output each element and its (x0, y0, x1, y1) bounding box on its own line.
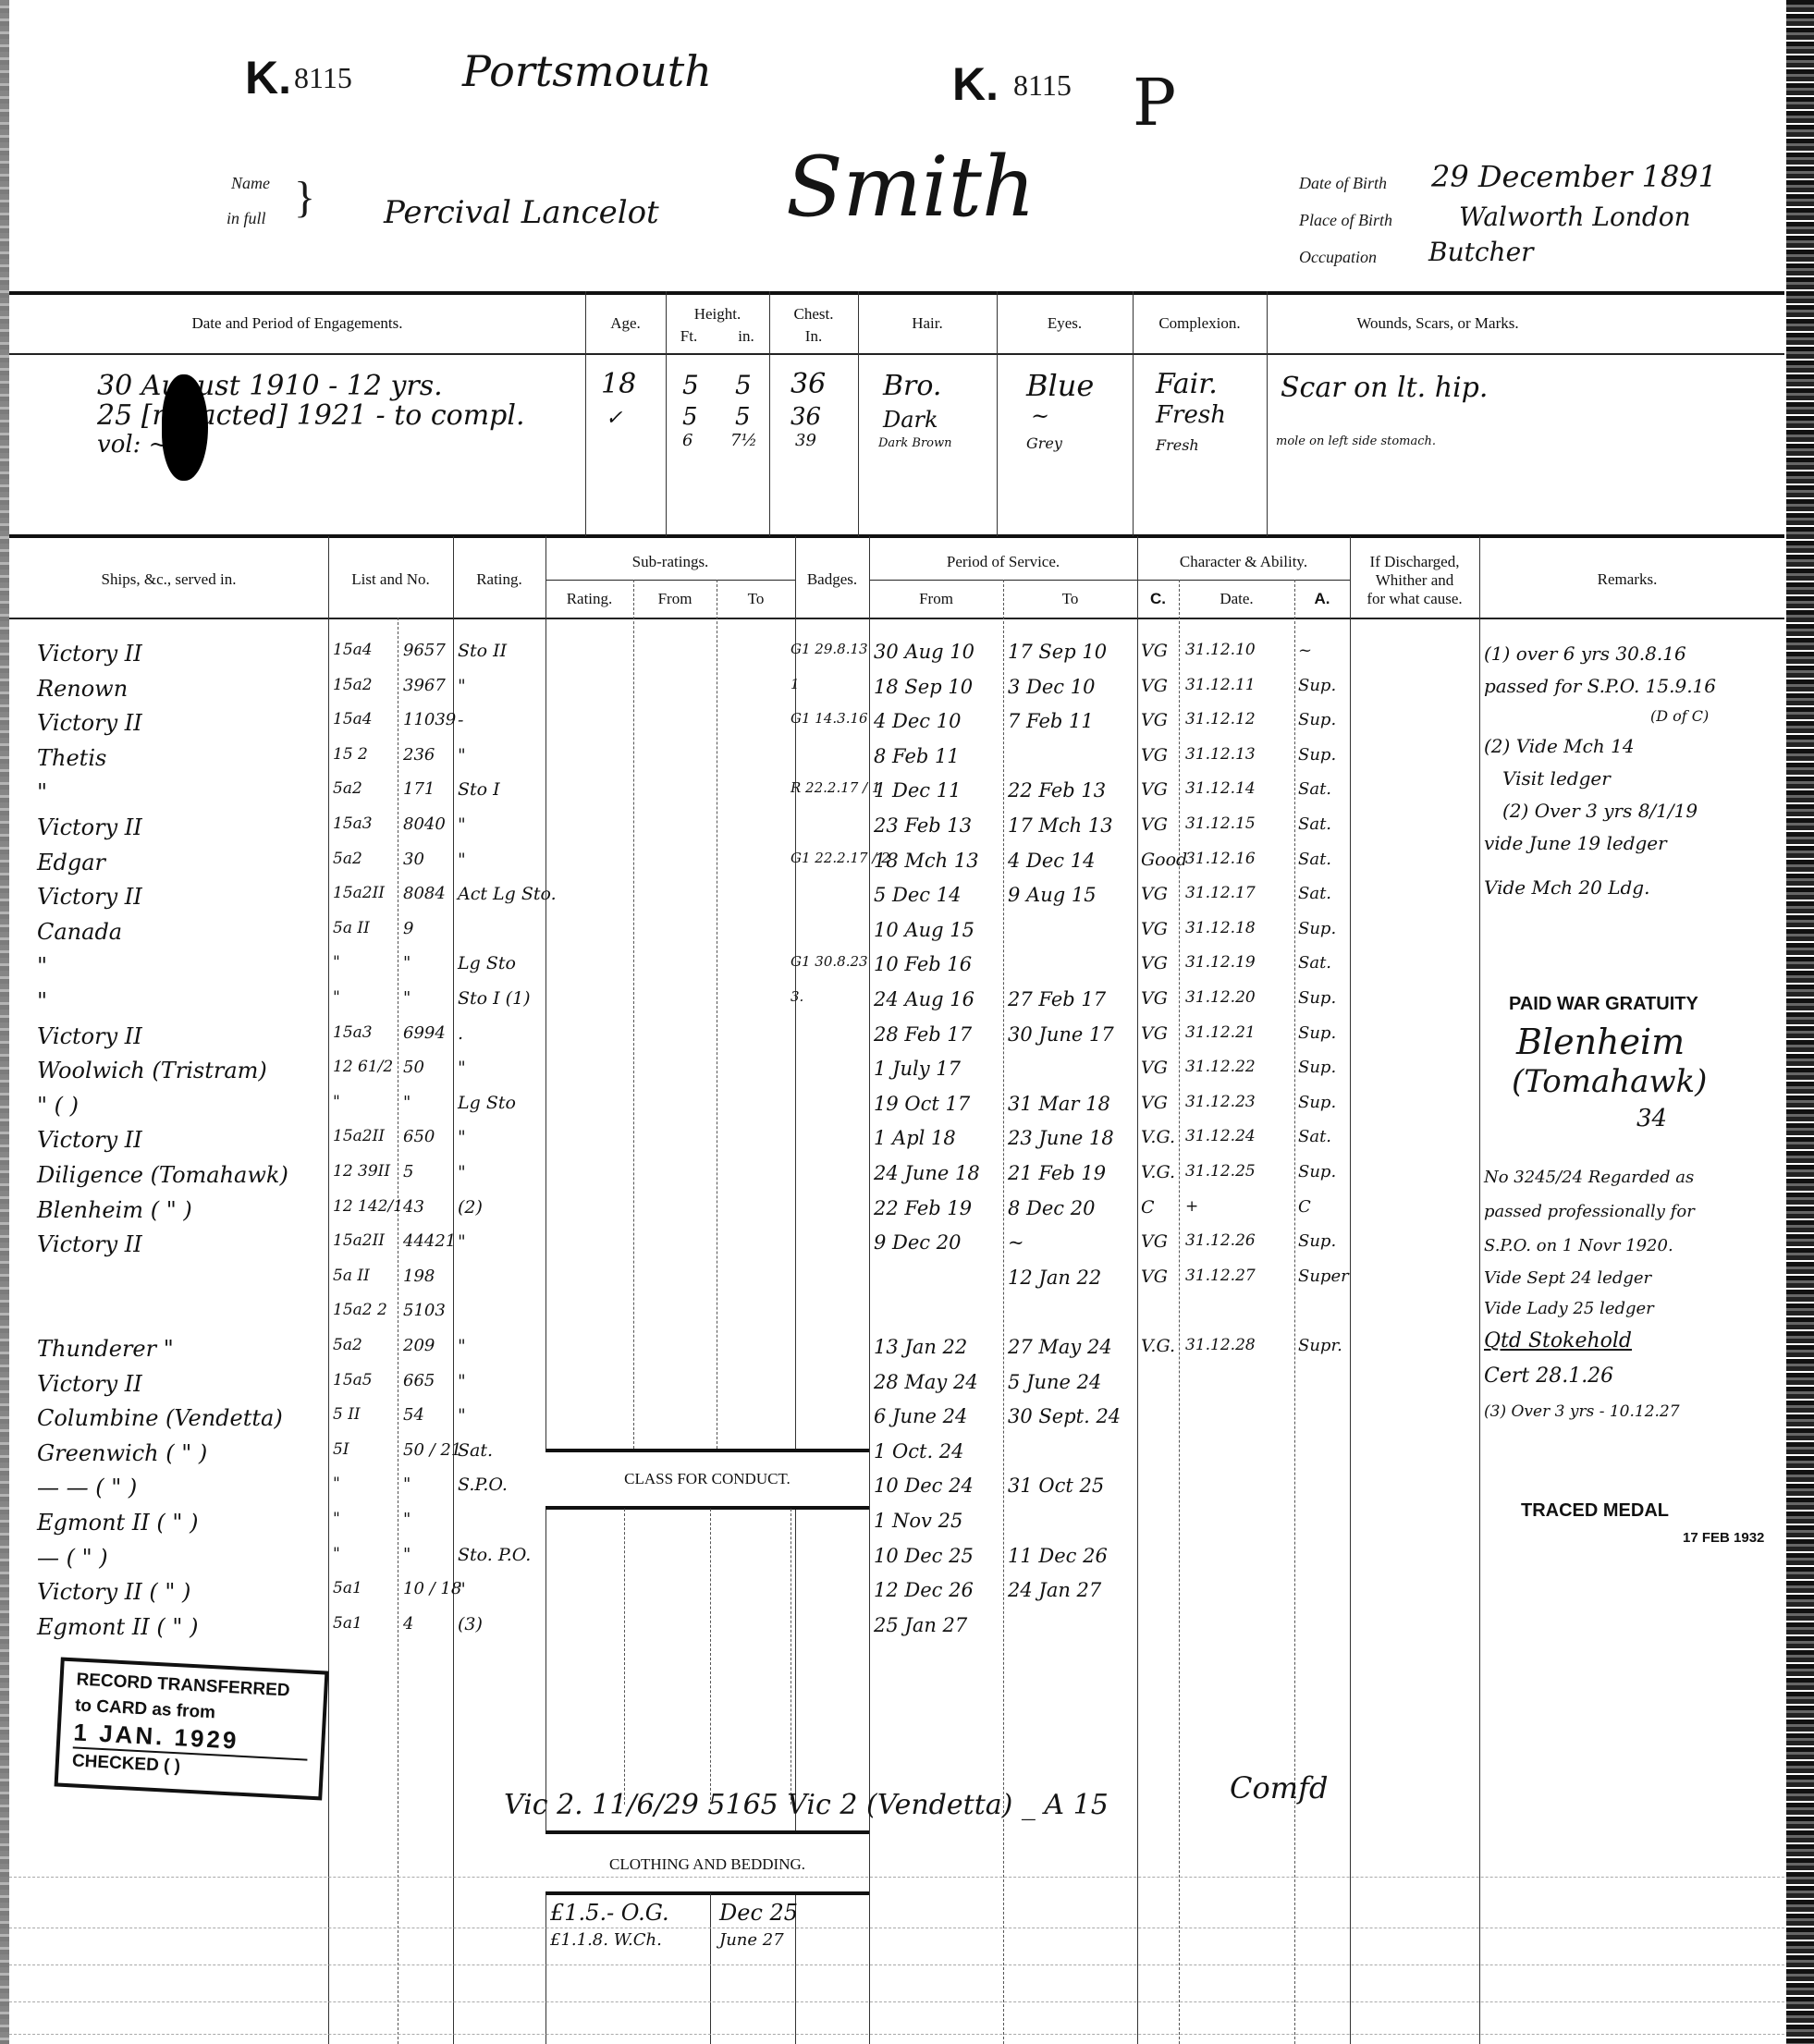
rule (9, 618, 1784, 619)
complexion-1: Fair. (1156, 368, 1218, 400)
ability: C (1298, 1197, 1311, 1217)
period-from: 1 July 17 (874, 1058, 961, 1080)
header-wounds: Wounds, Scars, or Marks. (1267, 314, 1609, 333)
name-brace: } (294, 172, 315, 223)
hair-3: Dark Brown (878, 436, 952, 450)
ability: Sup. (1298, 745, 1336, 765)
header-age: Age. (585, 314, 666, 333)
list-value: 15a3 (333, 814, 373, 833)
complexion-3: Fresh (1156, 436, 1199, 454)
list-value: " (333, 1545, 340, 1563)
stamp-paid-war-gratuity: PAID WAR GRATUITY (1509, 994, 1698, 1015)
header-hair: Hair. (858, 314, 997, 333)
header-sub-from: From (633, 590, 717, 608)
height-ft-3: 6 (682, 431, 693, 450)
number-value: 236 (403, 745, 435, 765)
period-to: 11 Dec 26 (1008, 1545, 1108, 1567)
badge-value: 1 (791, 676, 800, 692)
character-date: 31.12.23 (1185, 1093, 1256, 1111)
hair-1: Bro. (883, 370, 941, 402)
period-from: 12 Dec 26 (874, 1579, 974, 1601)
list-value: 5a II (333, 1267, 370, 1285)
badge-value: G1 29.8.13 (791, 641, 868, 657)
rating-value: Act Lg Sto. (458, 884, 557, 904)
list-value: 5a1 (333, 1614, 362, 1633)
number-value: " (403, 953, 411, 973)
war-gratuity-ref: 34 (1636, 1105, 1667, 1132)
list-value: 15a2II (333, 884, 385, 902)
character-date: 31.12.19 (1185, 953, 1256, 972)
list-value: 5a2 (333, 1336, 362, 1354)
number-value: 43 (403, 1197, 424, 1217)
period-to: 23 June 18 (1008, 1127, 1114, 1149)
rating-value: " (458, 850, 466, 870)
period-from: 10 Aug 15 (874, 919, 974, 941)
ship-name: Thunderer " (37, 1336, 174, 1362)
list-value: " (333, 1093, 340, 1111)
character: VG (1141, 988, 1168, 1009)
period-to: 12 Jan 22 (1008, 1267, 1101, 1289)
character: Good (1141, 850, 1187, 870)
occupation-label: Occupation (1299, 248, 1377, 267)
rating-value: " (458, 1579, 466, 1599)
bottom-signature: Comfd (1230, 1770, 1328, 1805)
ship-name: " ( ) (37, 1093, 79, 1119)
rating-value: . (458, 1023, 463, 1044)
remark-line: (2) Over 3 yrs 8/1/19 (1484, 795, 1780, 827)
remark-line: S.P.O. on 1 Novr 1920. (1484, 1229, 1780, 1263)
rule (9, 353, 1784, 355)
list-value: 5a2 (333, 779, 362, 798)
remark-line: (2) Vide Mch 14 (1484, 730, 1780, 763)
character-date: 31.12.16 (1185, 850, 1256, 868)
pob-value: Walworth London (1459, 202, 1691, 232)
period-from: 30 Aug 10 (874, 641, 974, 663)
remark-line: (D of C) (1484, 703, 1780, 730)
period-from: 10 Dec 25 (874, 1545, 974, 1567)
wounds-1: Scar on lt. hip. (1281, 372, 1488, 404)
clothing-date-1: Dec 25 (719, 1900, 798, 1926)
rating-value: Sto I (458, 779, 500, 800)
occupation-value: Butcher (1428, 237, 1534, 267)
period-from: 13 Jan 22 (874, 1336, 967, 1358)
badge-value: G1 30.8.23 (791, 953, 868, 970)
number-value: 198 (403, 1267, 435, 1286)
ship-name: — — ( " ) (37, 1475, 137, 1500)
ship-name: " (37, 988, 47, 1014)
number-value: 6994 (403, 1023, 446, 1043)
ship-name: Egmont II ( " ) (37, 1510, 198, 1536)
character: VG (1141, 779, 1168, 800)
name-label: Name (231, 174, 270, 193)
remark-line: (1) over 6 yrs 30.8.16 (1484, 638, 1780, 670)
list-value: 12 142/1 (333, 1197, 403, 1216)
number-value: " (403, 1545, 411, 1564)
rule (9, 534, 1784, 538)
chest-2: 36 (791, 403, 821, 431)
ability: ~ (1298, 641, 1312, 660)
remark-line: passed professionally for (1484, 1194, 1780, 1229)
rating-value: " (458, 1371, 466, 1391)
ship-name: Victory II (37, 814, 142, 840)
rating-value: Sto. P.O. (458, 1545, 531, 1565)
ship-name: " (37, 779, 47, 805)
surname: Smith (786, 139, 1036, 236)
scan-edge-left (0, 0, 9, 2044)
remark-line: passed for S.P.O. 15.9.16 (1484, 670, 1780, 703)
rating-value: - (458, 710, 463, 730)
period-from: 10 Dec 24 (874, 1475, 974, 1497)
character-date: 31.12.15 (1185, 814, 1256, 833)
remark-line: Vide Sept 24 ledger (1484, 1263, 1780, 1293)
number-value: " (403, 1093, 411, 1112)
header-subratings: Sub-ratings. (545, 553, 795, 571)
bottom-note: Vic 2. 11/6/29 5165 Vic 2 (Vendetta) _ A… (504, 1789, 1109, 1821)
header-complexion: Complexion. (1133, 314, 1267, 333)
ship-name: Victory II (37, 1231, 142, 1257)
list-value: 5a1 (333, 1579, 362, 1597)
remark-line: Cert 28.1.26 (1484, 1359, 1780, 1394)
list-value: 12 39II (333, 1162, 390, 1181)
character: V.G. (1141, 1127, 1175, 1147)
period-from: 18 Sep 10 (874, 676, 973, 698)
ability: Sup. (1298, 1162, 1336, 1181)
number-value: 30 (403, 850, 424, 869)
period-from: 24 June 18 (874, 1162, 980, 1184)
height-in-1: 5 (735, 370, 752, 400)
header-chest: Chest. (769, 305, 858, 324)
list-value: 12 61/2 (333, 1058, 393, 1076)
dob-value: 29 December 1891 (1431, 159, 1717, 194)
chest-1: 36 (791, 368, 826, 400)
header-period: Period of Service. (869, 553, 1137, 571)
ability: Sup. (1298, 1023, 1336, 1043)
character-date: 31.12.28 (1185, 1336, 1256, 1354)
ship-name: Victory II (37, 884, 142, 910)
character-date: 31.12.12 (1185, 710, 1256, 728)
badge-value: 3. (791, 988, 803, 1005)
name-label-2: in full (227, 209, 266, 228)
number-value: 10 / 18 (403, 1579, 461, 1598)
remarks-block-2: No 3245/24 Regarded as passed profession… (1484, 1160, 1780, 1429)
official-number-2: 8115 (1013, 68, 1072, 103)
age-2: ✓ (606, 407, 622, 430)
period-to: 24 Jan 27 (1008, 1579, 1101, 1601)
character: VG (1141, 953, 1168, 973)
header-discharged: If Discharged, Whither and for what caus… (1350, 553, 1479, 608)
number-value: 11039 (403, 710, 456, 729)
war-gratuity-ship: Blenheim (1516, 1022, 1685, 1062)
character: V.G. (1141, 1162, 1175, 1182)
ship-name: — ( " ) (37, 1545, 108, 1571)
rating-value: " (458, 1162, 466, 1182)
period-to: 4 Dec 14 (1008, 850, 1095, 872)
number-value: 54 (403, 1405, 424, 1425)
character-date: 31.12.24 (1185, 1127, 1256, 1145)
character-date: 31.12.11 (1185, 676, 1256, 694)
list-value: " (333, 1510, 340, 1528)
character-date: 31.12.21 (1185, 1023, 1256, 1042)
character: VG (1141, 745, 1168, 765)
header-ships: Ships, &c., served in. (9, 570, 328, 589)
class-for-conduct-title: CLASS FOR CONDUCT. (545, 1470, 869, 1488)
period-to: 5 June 24 (1008, 1371, 1101, 1393)
period-to: 31 Oct 25 (1008, 1475, 1104, 1497)
list-value: 15a3 (333, 1023, 373, 1042)
ability: Sat. (1298, 850, 1331, 869)
period-to: 8 Dec 20 (1008, 1197, 1095, 1219)
ink-blot-redaction (162, 374, 208, 481)
character-date: 31.12.25 (1185, 1162, 1256, 1181)
period-from: 4 Dec 10 (874, 710, 961, 732)
stamp-traced-medal: TRACED MEDAL (1521, 1500, 1669, 1522)
war-gratuity-ship-2: (Tomahawk) (1512, 1063, 1707, 1100)
period-to: 21 Feb 19 (1008, 1162, 1106, 1184)
list-value: " (333, 1475, 340, 1493)
ship-name: Edgar (37, 850, 105, 875)
rating-value: S.P.O. (458, 1475, 508, 1495)
ship-name: Thetis (37, 745, 106, 771)
header-period-to: To (1003, 590, 1137, 608)
period-to: 17 Sep 10 (1008, 641, 1107, 663)
period-from: 1 Apl 18 (874, 1127, 956, 1149)
ship-name: Victory II (37, 1127, 142, 1153)
ship-name: Victory II ( " ) (37, 1579, 190, 1605)
rating-value: Lg Sto (458, 1093, 516, 1113)
header-sub-to: To (717, 590, 795, 608)
character: VG (1141, 884, 1168, 904)
ability: Sup. (1298, 919, 1336, 938)
list-value: 5a II (333, 919, 370, 937)
ship-name: " (37, 953, 47, 979)
rating-value: " (458, 745, 466, 765)
wounds-2: mole on left side stomach. (1276, 435, 1436, 448)
period-to: 22 Feb 13 (1008, 779, 1106, 802)
height-ft-2: 5 (682, 403, 698, 431)
number-value: " (403, 1510, 411, 1529)
header-height-ft: Ft. (675, 327, 703, 346)
period-from: 23 Feb 13 (874, 814, 972, 837)
ship-name: Diligence (Tomahawk) (37, 1162, 288, 1188)
engagement-3: vol: ~ (97, 431, 168, 459)
ship-name: Victory II (37, 1371, 142, 1397)
character-date: 31.12.14 (1185, 779, 1256, 798)
list-value: " (333, 953, 340, 972)
complexion-2: Fresh (1156, 401, 1226, 429)
badge-value: R 22.2.17 / 1 (791, 779, 880, 796)
hair-2: Dark (883, 407, 938, 433)
period-from: 9 Dec 20 (874, 1231, 961, 1254)
rating-value: " (458, 814, 466, 835)
period-from: 1 Dec 11 (874, 779, 961, 802)
character-date: 31.12.22 (1185, 1058, 1256, 1076)
given-names: Percival Lancelot (384, 194, 659, 231)
character: VG (1141, 676, 1168, 696)
list-value: 5a2 (333, 850, 362, 868)
period-from: 24 Aug 16 (874, 988, 974, 1010)
header-char-a: A. (1294, 590, 1350, 608)
ability: Sat. (1298, 953, 1331, 973)
rating-value: " (458, 1127, 466, 1147)
list-value: " (333, 988, 340, 1007)
character-date: 31.12.10 (1185, 641, 1256, 659)
remark-line: (3) Over 3 yrs - 10.12.27 (1484, 1394, 1780, 1429)
list-value: 15a2II (333, 1127, 385, 1145)
ability: Sup. (1298, 1058, 1336, 1077)
rating-value: Sto I (1) (458, 988, 531, 1009)
record-transferred-stamp: RECORD TRANSFERRED to CARD as from 1 JAN… (55, 1658, 329, 1801)
header-height: Height. (666, 305, 769, 324)
period-from: 28 May 24 (874, 1371, 978, 1393)
list-value: 15a4 (333, 710, 373, 728)
number-value: 665 (403, 1371, 435, 1390)
dob-label: Date of Birth (1299, 174, 1387, 193)
stamp-medal-date: 17 FEB 1932 (1683, 1530, 1764, 1546)
remark-line: Visit ledger (1484, 763, 1780, 795)
period-to: 30 June 17 (1008, 1023, 1114, 1046)
remarks-block-1: (1) over 6 yrs 30.8.16 passed for S.P.O.… (1484, 638, 1780, 915)
header-height-in: in. (732, 327, 760, 346)
period-from: 25 Jan 27 (874, 1614, 967, 1636)
ship-name: Victory II (37, 710, 142, 736)
character: VG (1141, 919, 1168, 939)
list-value: 15a2 (333, 676, 373, 694)
character: VG (1141, 1267, 1168, 1287)
clothing-amount-1: £1.5.- O.G. (550, 1900, 669, 1926)
number-value: 9657 (403, 641, 446, 660)
rating-value: " (458, 676, 466, 696)
character: VG (1141, 1093, 1168, 1113)
character: V.G. (1141, 1336, 1175, 1356)
header-remarks: Remarks. (1479, 570, 1775, 589)
character: VG (1141, 814, 1168, 835)
period-from: 6 June 24 (874, 1405, 967, 1427)
number-value: " (403, 988, 411, 1008)
ability: Sat. (1298, 884, 1331, 903)
character-date: 31.12.20 (1185, 988, 1256, 1007)
number-value: " (403, 1475, 411, 1494)
height-in-3: 7½ (730, 431, 757, 450)
ship-name: Canada (37, 919, 122, 945)
remark-line: Qtd Stokehold (1484, 1324, 1780, 1359)
eyes-3: Grey (1026, 435, 1062, 452)
scan-edge-right (1786, 0, 1814, 2044)
number-value: 209 (403, 1336, 435, 1355)
period-to: 3 Dec 10 (1008, 676, 1095, 698)
rating-value: (2) (458, 1197, 483, 1218)
period-from: 22 Feb 19 (874, 1197, 972, 1219)
list-value: 15a5 (333, 1371, 373, 1389)
header-character: Character & Ability. (1137, 553, 1350, 571)
header-char-date: Date. (1179, 590, 1294, 608)
header-chest-in: In. (769, 327, 858, 346)
character-date: 31.12.18 (1185, 919, 1256, 937)
port-division: Portsmouth (462, 46, 712, 96)
eyes-1: Blue (1026, 368, 1094, 403)
ability: Sup. (1298, 1093, 1336, 1112)
rating-value: " (458, 1058, 466, 1078)
rating-value: Lg Sto (458, 953, 516, 973)
clothing-amount-2: £1.1.8. W.Ch. (550, 1930, 662, 1950)
ability: Sat. (1298, 779, 1331, 799)
engagement-1: 30 August 1910 - 12 yrs. (97, 370, 443, 402)
list-value: 5 II (333, 1405, 361, 1424)
header-rating: Rating. (453, 570, 545, 589)
period-to: 31 Mar 18 (1008, 1093, 1110, 1115)
period-from: 28 Feb 17 (874, 1023, 972, 1046)
header-sub-rating: Rating. (545, 590, 633, 608)
period-to: ~ (1008, 1231, 1024, 1254)
number-value: 5 (403, 1162, 413, 1181)
period-to: 7 Feb 11 (1008, 710, 1094, 732)
period-to: 17 Mch 13 (1008, 814, 1113, 837)
header-engagements: Date and Period of Engagements. (9, 314, 585, 333)
character: VG (1141, 641, 1168, 661)
period-from: 8 Feb 11 (874, 745, 960, 767)
number-value: 50 (403, 1058, 424, 1077)
rating-value: " (458, 1405, 466, 1426)
remark-line: Vide Lady 25 ledger (1484, 1293, 1780, 1324)
list-value: 5I (333, 1440, 349, 1459)
character: C (1141, 1197, 1155, 1218)
height-ft-1: 5 (682, 370, 699, 400)
header-eyes: Eyes. (997, 314, 1133, 333)
character-date: 31.12.26 (1185, 1231, 1256, 1250)
badge-value: G1 14.3.16 (791, 710, 868, 727)
ability: Sup. (1298, 1231, 1336, 1251)
list-value: 15a2 2 (333, 1301, 387, 1319)
number-value: 5103 (403, 1301, 446, 1320)
rating-value: " (458, 1231, 466, 1252)
ability: Sup. (1298, 710, 1336, 729)
remark-line: No 3245/24 Regarded as (1484, 1160, 1780, 1194)
period-from: 1 Oct. 24 (874, 1440, 964, 1463)
period-to: 30 Sept. 24 (1008, 1405, 1121, 1427)
period-to: 9 Aug 15 (1008, 884, 1097, 906)
number-value: 171 (403, 779, 435, 799)
character-date: + (1185, 1197, 1198, 1216)
ship-name: Victory II (37, 641, 142, 667)
remark-line: vide June 19 ledger (1484, 827, 1780, 860)
period-from: 19 Oct 17 (874, 1093, 970, 1115)
number-value: 8040 (403, 814, 446, 834)
pob-label: Place of Birth (1299, 211, 1392, 230)
ship-name: Blenheim ( " ) (37, 1197, 192, 1223)
ability: Sup. (1298, 676, 1336, 695)
number-value: 9 (403, 919, 413, 938)
ability: Sat. (1298, 814, 1331, 834)
ship-name: Woolwich (Tristram) (37, 1058, 267, 1083)
ship-name: Greenwich ( " ) (37, 1440, 207, 1466)
ship-name: Egmont II ( " ) (37, 1614, 198, 1640)
ability: Sat. (1298, 1127, 1331, 1146)
official-number-prefix: K. (245, 51, 291, 104)
list-value: 15a4 (333, 641, 373, 659)
eyes-2: ~ (1031, 403, 1049, 429)
character: VG (1141, 710, 1168, 730)
character-date: 31.12.27 (1185, 1267, 1256, 1285)
number-value: 3967 (403, 676, 446, 695)
official-number-prefix-2: K. (952, 57, 999, 111)
rating-value: " (458, 1336, 466, 1356)
ship-name: Columbine (Vendetta) (37, 1405, 283, 1431)
height-in-2: 5 (735, 403, 751, 431)
marginal-mark: P (1133, 65, 1176, 141)
rating-value: (3) (458, 1614, 483, 1634)
character: VG (1141, 1231, 1168, 1252)
clothing-bedding-title: CLOTHING AND BEDDING. (545, 1855, 869, 1874)
period-from: 18 Mch 13 (874, 850, 979, 872)
